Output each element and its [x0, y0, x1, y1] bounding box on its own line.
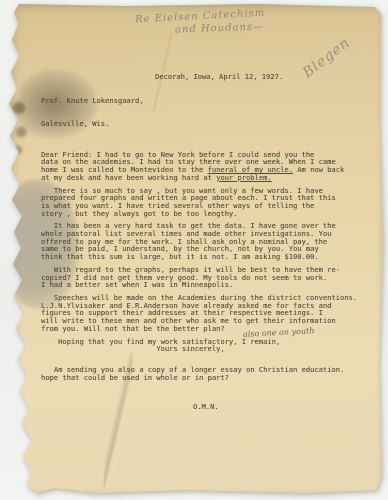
letter-body: Dear Friend: I had to go to New York bef…: [41, 151, 379, 382]
letter-paragraph: Am sending you also a copy of a longer e…: [41, 366, 379, 381]
letter-paragraph: With regard to the graphs, perhaps it wi…: [41, 266, 379, 289]
recipient-name: Prof. Knute Lokensgaard,: [41, 97, 379, 105]
recipient-city: Galesville, Wis.: [41, 120, 379, 128]
letter-paper: Re Eielsen Catechism and Houdans— Blegen…: [7, 4, 383, 494]
letter-signature: O.M.N.: [41, 403, 379, 411]
scan-background: Re Eielsen Catechism and Houdans— Blegen…: [0, 0, 388, 500]
letter-paragraph: It has been a very hard task to get the …: [41, 222, 379, 261]
letter-paragraph: Hoping that you find my work satisfactor…: [41, 338, 379, 353]
letter-paragraph: Dear Friend: I had to go to New York bef…: [41, 151, 379, 182]
letter-paragraph: Speeches will be made on the Academies d…: [41, 294, 379, 333]
handwritten-subject-note-line2: and Houdans—: [175, 21, 264, 35]
letter-dateline: Decorah, Iowa, April 12, 1927.: [41, 73, 379, 81]
edge-damage-spots: [11, 96, 37, 156]
letter-paragraph: There is so much to say , but you want o…: [41, 187, 379, 218]
letter-paper-wrapper: Re Eielsen Catechism and Houdans— Blegen…: [7, 4, 383, 494]
typed-letter: Decorah, Iowa, April 12, 1927. Prof. Knu…: [41, 58, 379, 426]
